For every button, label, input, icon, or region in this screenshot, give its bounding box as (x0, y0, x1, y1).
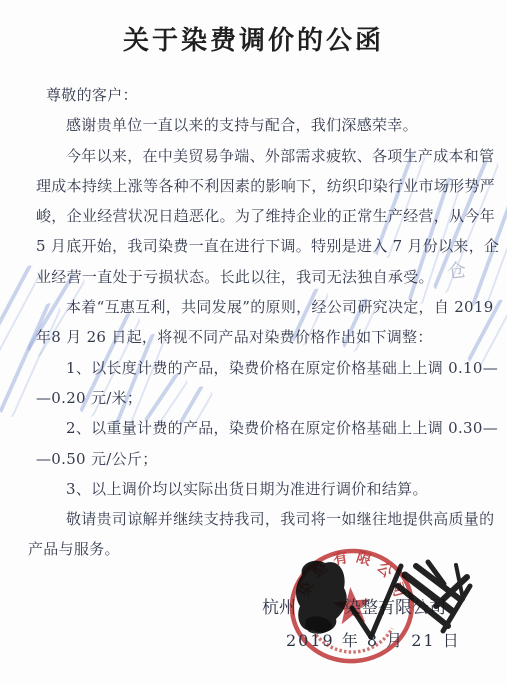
list-item-2: 2、以重量计费的产品，染费价格在原定价格基础上上调 0.30— (66, 413, 488, 443)
list-item-3: 3、以上调价均以实际出货日期为准进行调价和结算。 (66, 474, 488, 504)
body-line: 今年以来，在中美贸易争端、外部需求疲软、各项生产成本和管 (66, 141, 488, 171)
letter-body: 尊敬的客户： 感谢贵单位一直以来的支持与配合，我们深感荣幸。 今年以来，在中美贸… (36, 80, 488, 565)
letter-title: 关于染费调价的公函 (0, 20, 507, 57)
company-signature-line: 杭州 染整有限公司 (262, 593, 446, 618)
company-name-prefix: 杭州 (262, 593, 296, 618)
list-item-1-cont: —0.20 元/米； (36, 383, 488, 413)
body-line: 5 月底开始，我司染费一直在进行下调。特别是进入 7 月份以来，企 (36, 231, 488, 261)
list-item-1: 1、以长度计费的产品，染费价格在原定价格基础上上调 0.10— (66, 353, 488, 383)
scanned-letter-page: 仓 染整有限公司 关于染费调价的公函 尊敬的客户： 感谢贵单位一直以来的支持与配… (0, 0, 507, 685)
body-line: 理成本持续上涨等各种不利因素的影响下，纺织印染行业市场形势严 (36, 171, 488, 201)
body-line: 年8 月 26 日起，将视不同产品对染费价格作出如下调整： (36, 322, 488, 352)
list-item-2-cont: —0.50 元/公斤； (36, 444, 488, 474)
body-line: 本着“互惠互利，共同发展”的原则，经公司研究决定，自 2019 (66, 292, 488, 322)
letter-date: 2019 年 8 月 21 日 (286, 628, 461, 651)
company-name-suffix: 染整有限公司 (344, 593, 446, 618)
body-line: 峻，企业经营状况日趋恶化。为了维持企业的正常生产经营，从今年 (36, 201, 488, 231)
body-line: 产品与服务。 (28, 534, 488, 564)
body-line: 业经营一直处于亏损状态。长此以往，我司无法独自承受。 (36, 262, 488, 292)
salutation-line: 尊敬的客户： (46, 80, 488, 110)
body-line: 敬请贵司谅解并继续支持我司，我司将一如继往地提供高质量的 (66, 504, 488, 534)
body-line: 感谢贵单位一直以来的支持与配合，我们深感荣幸。 (66, 110, 488, 140)
